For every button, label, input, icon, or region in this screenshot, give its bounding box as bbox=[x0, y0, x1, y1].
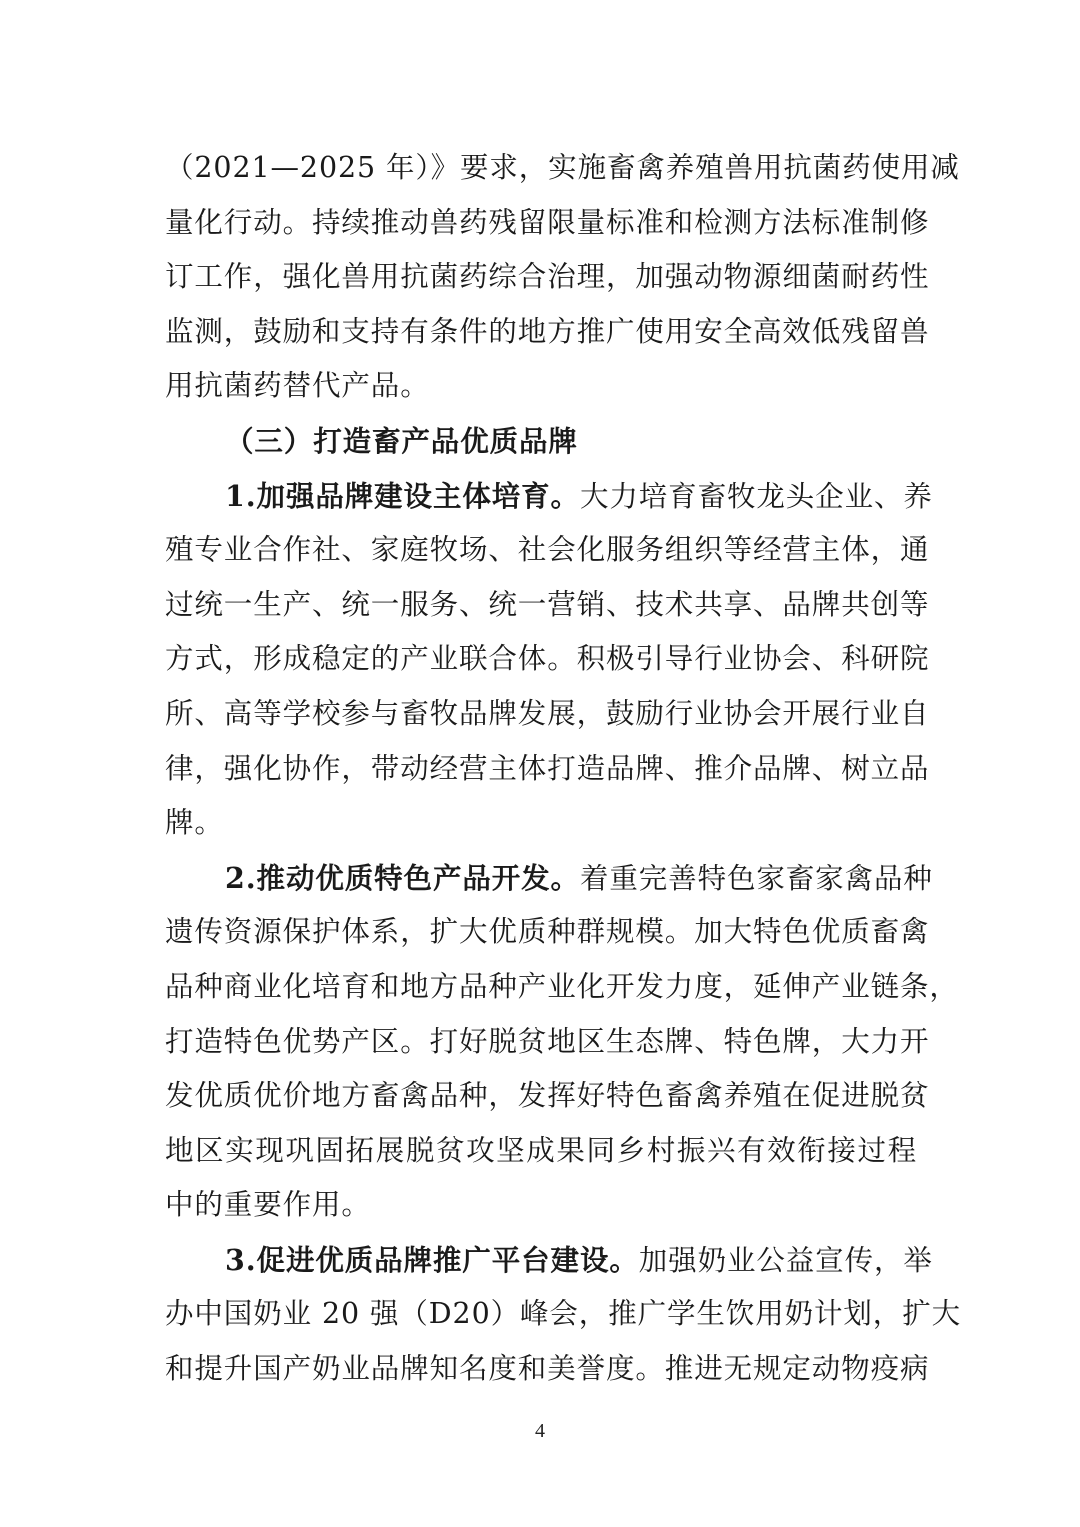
text-line: 殖专业合作社、家庭牧场、社会化服务组织等经营主体，通 bbox=[165, 523, 917, 578]
text-line: 用抗菌药替代产品。 bbox=[165, 359, 917, 414]
item-paragraph-1: 1.加强品牌建设主体培育。大力培育畜牧龙头企业、养 殖专业合作社、家庭牧场、社会… bbox=[165, 469, 917, 851]
item-text: 加强奶业公益宣传，举 bbox=[639, 1244, 933, 1277]
section-heading: （三）打造畜产品优质品牌 bbox=[165, 414, 917, 469]
text-line: （2021—2025 年）》要求，实施畜禽养殖兽用抗菌药使用减 bbox=[165, 141, 917, 196]
text-line: 律，强化协作，带动经营主体打造品牌、推介品牌、树立品 bbox=[165, 742, 917, 797]
document-page: （2021—2025 年）》要求，实施畜禽养殖兽用抗菌药使用减 量化行动。持续推… bbox=[165, 141, 917, 1397]
text-line: 监测，鼓励和支持有条件的地方推广使用安全高效低残留兽 bbox=[165, 305, 917, 360]
text-line: 量化行动。持续推动兽药残留限量标准和检测方法标准制修 bbox=[165, 196, 917, 251]
item-first-line: 3.促进优质品牌推广平台建设。加强奶业公益宣传，举 bbox=[165, 1233, 917, 1288]
item-title: 3.促进优质品牌推广平台建设。 bbox=[225, 1243, 639, 1277]
text-line: 中的重要作用。 bbox=[165, 1178, 917, 1233]
text-line: 地区实现巩固拓展脱贫攻坚成果同乡村振兴有效衔接过程 bbox=[165, 1124, 917, 1179]
item-title: 2.推动优质特色产品开发。 bbox=[225, 861, 580, 895]
item-text: 着重完善特色家畜家禽品种 bbox=[580, 862, 933, 895]
text-line: 办中国奶业 20 强（D20）峰会，推广学生饮用奶计划，扩大 bbox=[165, 1287, 917, 1342]
item-first-line: 1.加强品牌建设主体培育。大力培育畜牧龙头企业、养 bbox=[165, 469, 917, 524]
text-line: 打造特色优势产区。打好脱贫地区生态牌、特色牌，大力开 bbox=[165, 1015, 917, 1070]
continued-paragraph: （2021—2025 年）》要求，实施畜禽养殖兽用抗菌药使用减 量化行动。持续推… bbox=[165, 141, 917, 414]
page-number: 4 bbox=[0, 1420, 1080, 1443]
text-line: 牌。 bbox=[165, 796, 917, 851]
text-line: 所、高等学校参与畜牧品牌发展，鼓励行业协会开展行业自 bbox=[165, 687, 917, 742]
text-line: 方式，形成稳定的产业联合体。积极引导行业协会、科研院 bbox=[165, 632, 917, 687]
text-line: 发优质优价地方畜禽品种，发挥好特色畜禽养殖在促进脱贫 bbox=[165, 1069, 917, 1124]
item-title: 1.加强品牌建设主体培育。 bbox=[225, 479, 580, 513]
text-line: 品种商业化培育和地方品种产业化开发力度，延伸产业链条， bbox=[165, 960, 917, 1015]
item-first-line: 2.推动优质特色产品开发。着重完善特色家畜家禽品种 bbox=[165, 851, 917, 906]
text-line: 和提升国产奶业品牌知名度和美誉度。推进无规定动物疫病 bbox=[165, 1342, 917, 1397]
text-line: 遗传资源保护体系，扩大优质种群规模。加大特色优质畜禽 bbox=[165, 905, 917, 960]
text-line: 过统一生产、统一服务、统一营销、技术共享、品牌共创等 bbox=[165, 578, 917, 633]
item-paragraph-3: 3.促进优质品牌推广平台建设。加强奶业公益宣传，举 办中国奶业 20 强（D20… bbox=[165, 1233, 917, 1397]
item-paragraph-2: 2.推动优质特色产品开发。着重完善特色家畜家禽品种 遗传资源保护体系，扩大优质种… bbox=[165, 851, 917, 1233]
text-line: 订工作，强化兽用抗菌药综合治理，加强动物源细菌耐药性 bbox=[165, 250, 917, 305]
item-text: 大力培育畜牧龙头企业、养 bbox=[580, 480, 933, 513]
